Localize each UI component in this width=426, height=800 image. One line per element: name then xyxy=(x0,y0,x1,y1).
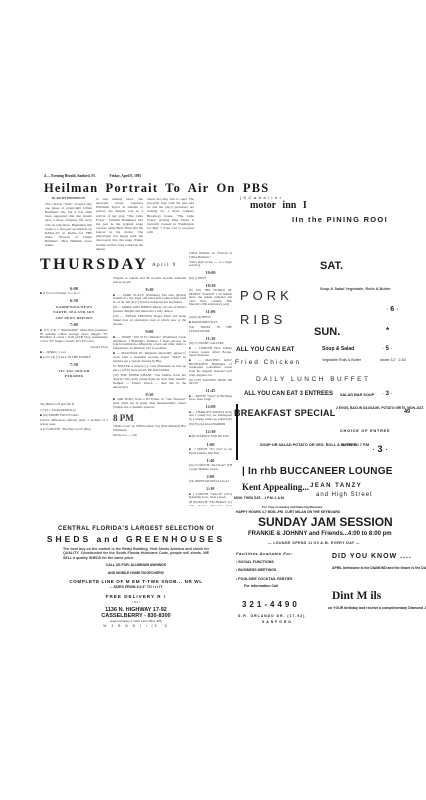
listing-entry: ■ (17) T/R 7 “Matchbifild” Mass-fleet pr… xyxy=(40,329,108,344)
listing-entry: “Phefe Cose” (a; WHrel editor; Say (Erle… xyxy=(113,425,186,433)
listing-time: 2:10 xyxy=(189,486,232,491)
listing-time: 1:00 xyxy=(189,442,232,447)
pork-label: PORK xyxy=(240,288,293,303)
listing-entry: ■ 1 T MOVIE “Santa B” (1971) Randolph Sc… xyxy=(189,493,232,500)
tv-listings-column-3: Lillian Heilman on “Portrait of Lillian … xyxy=(189,252,232,506)
listing-entry: York's high society — or a tragic search… xyxy=(189,261,232,268)
listing-entry: 8 PM xyxy=(113,413,186,423)
listing-entry: ■ — MASTERS GOLF HIGHLIGHTS Highlights o… xyxy=(189,359,232,377)
now-appearing-label: Kent Appealing... xyxy=(242,482,309,492)
happy-hours-line: HAPPY HOURS 4-7 MON.-FRI. CURT MILAN ON … xyxy=(236,510,340,514)
saturday-header: SAT. xyxy=(320,260,343,272)
sheds-ad-sizes-range: ... SIZES FROM 4'x'4" TO i r i IT xyxy=(40,585,232,589)
listing-entry: (8) (35) JAI ALAI HARBOR xyxy=(189,423,232,427)
article-byline: By RUTH THOMPSON xyxy=(45,197,92,201)
listing-entry: A (17) MOVIE “The Bay Loral” (Rte) xyxy=(40,428,108,432)
cavalier-brand: motor inn I xyxy=(250,200,307,211)
birthday-cocktail-offer: on YOUR birthday and receive a complimen… xyxy=(328,606,410,612)
listing-entry: ■ — MAGNUM, P.I. Magnum reluctantly agre… xyxy=(113,352,186,363)
buccaneer-lounge-header: | In rhb BUCCANEER LOUNGE xyxy=(242,466,393,477)
listing-entry: ■ — WKRP “100 SI For Hundro” (Premiere) … xyxy=(113,336,186,351)
listing-entry: • POOLSIDE COCKTAIL PARTIES xyxy=(236,576,328,583)
dining-room-header: IIn the PINING ROOI xyxy=(292,215,388,224)
listing-entry: (10) TODAY IN THE LEGISLATURE xyxy=(189,326,232,333)
listing-entry: EARTH, SEA AND SKY xyxy=(40,310,108,314)
listing-entry: CBS NEWS REPORT xyxy=(40,316,108,320)
listing-time: 10:30 xyxy=(189,283,232,288)
breakfast-special-header: BREAKFAST SPECIAL xyxy=(234,408,336,418)
dine-with-us-header: Dint M ils xyxy=(332,590,381,602)
ad-divider-bar xyxy=(236,404,238,460)
listing-entry: Wigans: A captain and 90 ex-pilot become… xyxy=(113,277,186,285)
listing-entry: So MILLER A truncat (,,( court Brusseum … xyxy=(113,365,186,373)
listing-entry: ■ (10) PRIME FOCUS Chris xyxy=(40,414,108,418)
april-birthstone-fact: APRIL birthstone is the DIAMOND and the … xyxy=(332,566,410,571)
listing-entry: (10) — SNEAK PREVIEW Roger Ebert and Gen… xyxy=(113,315,186,326)
cavalier-city: SANFORD xyxy=(262,620,293,624)
listing-entry: (6) (17) MOVIE “Red Stove” (TH 1) Quy Ma… xyxy=(189,464,232,471)
article-text: The t movie “Julia” covered only one pha… xyxy=(45,202,92,247)
listening-dancing-line: For Your Listening and Dancing Pleasure xyxy=(262,505,322,509)
listing-entry: Movie at a — 19a xyxy=(113,434,186,438)
masthead-publication: 4 — Evening Herald, Sanford, Fl. xyxy=(44,174,96,178)
listing-time: 8:30 xyxy=(113,287,186,292)
frankie-johnny-line: FRANKIE & JOHNNY and Friends...4:00 to 8… xyxy=(248,531,392,537)
listing-entry: Sun Ra Ti'cet xyxy=(40,345,108,349)
article-body: By RUTH THOMPSON The t movie “Julia” cov… xyxy=(45,197,195,251)
performer-jean-tanzy: JEAN TANZY xyxy=(310,483,362,489)
listing-entry: ■ (17) Local Sunset “a-o fa-o” xyxy=(40,292,108,296)
listing-entry: (6) (7) NEWS xyxy=(189,277,232,281)
listing-entry: ■ h.,N.! (4) (7) ALL IN THE FAMILY xyxy=(40,356,108,360)
listing-entry: ■ ROCKFORD FILES xyxy=(189,321,232,325)
for-information-call: For Information Call xyxy=(244,584,278,588)
listing-time: 11:00 xyxy=(189,309,232,314)
listing-entry: PYRAMID xyxy=(40,374,108,378)
sunday-jam-session-header: SUNDAY JAM SESSION xyxy=(258,515,393,529)
listing-entry: Lucie's differences inherity push; a pro… xyxy=(40,419,108,427)
listing-entry: (10) THE PAPER CHASE “The Idelfan from h… xyxy=(113,374,186,389)
listing-entry: ■ TAR Bobby from a DJ Elaine in “cele Sh… xyxy=(113,398,186,409)
listing-entry: • SOCIAL FUNCTIONS xyxy=(236,559,328,566)
facilities-bullet-list: • SOCIAL FUNCTIONS• BUSINESS MEETINGS• P… xyxy=(236,559,328,584)
pork-ribs-price: 6 xyxy=(386,306,398,313)
soup-salad-label: Soup & Salad xyxy=(322,346,354,352)
article-column-3: where her play was to open. The powerful… xyxy=(147,197,194,251)
fried-chicken-label: Fried Chicken xyxy=(235,359,301,366)
listing-entry: (B (8) MOVIE “The Buddies” (C) (7T) Dori… xyxy=(189,501,232,506)
sheds-ad-sizes-line: COMPLETE LINE OF M EM T-TWK SNOB... NR W… xyxy=(40,579,232,584)
saturday-sides: Soup & Salad Vegetable, Rolls & Butter xyxy=(320,286,391,292)
dinner-price: 3 xyxy=(372,444,388,454)
listing-entry: a 7/)/T/- Thank/ODIN.K ju xyxy=(40,409,108,413)
lounge-hours: MON. THRU SAT. - 1 P.M.-1 A.M. xyxy=(234,496,285,500)
article-text: to stop making news. She endorsed movie … xyxy=(96,197,143,251)
sheds-ad-call-line-2: AND MOBILE HOME ROOFOVERS! xyxy=(40,571,232,575)
performer-high-street: and High Street xyxy=(316,492,373,498)
listing-time: 2:00 xyxy=(189,474,232,479)
listing-entry: ■ .7 MOVIE “Pol Jose” (a m) Peold Glunet… xyxy=(189,448,232,455)
listing-time: 11:30 xyxy=(189,336,232,341)
dinner-hours: 3 P.M. TO 7 P.M xyxy=(342,442,369,448)
article-column-2: to stop making news. She endorsed movie … xyxy=(96,197,143,251)
fried-chicken-sides: Vegetable Rolls & Butter xyxy=(322,358,361,363)
dinner-choice-of-entree: CHOICE OF ENTREE xyxy=(340,428,390,434)
article-headline: Heilman Portrait To Air On PBS xyxy=(44,181,259,196)
sheds-ad-header: CENTRAL FLORIDA'S LARGEST SELECTION Of xyxy=(40,526,232,532)
facilities-header: Facilities Available For: xyxy=(236,551,293,556)
listing-entry: (4) (6) (9) NEWS xyxy=(189,316,232,320)
sheds-ad-title: SHEDS and GREENHOUSES xyxy=(40,534,232,544)
sheds-ad-fine-print: i S it i xyxy=(40,600,232,604)
listing-time: 12:00 xyxy=(189,404,232,409)
cavalier-motor-inn-ad: jSCadalier motor inn I IIn the PINING RO… xyxy=(234,194,426,624)
tv-listings-column-2: Wigans: A captain and 90 ex-pilot become… xyxy=(113,277,186,499)
listing-time: 12:30 xyxy=(189,429,232,434)
buffet-salad-bar: SALAD BAR SOUP xyxy=(340,392,374,398)
listing-entry: • BUSINESS MEETINGS xyxy=(236,567,328,574)
listing-time: 6:30 xyxy=(40,298,108,303)
listing-entry xyxy=(40,380,108,402)
listing-entry: Say Hillcox elf pub file in xyxy=(40,403,108,407)
sheds-ad-call-line-1: CALL US FOR: ALUMINUM AWNINGS xyxy=(40,563,232,567)
listing-entry: (8) CITY WANTED: DEAD OR ALIVE xyxy=(189,379,232,386)
listing-entry: ■ — MOVIE “Salut” (C/B) Diana Dors, Jane… xyxy=(189,395,232,402)
listing-entry: ■ (8) STARSKY AND HUTCH xyxy=(189,435,232,439)
listing-time: 7:30 xyxy=(40,362,108,367)
sunday-header: SUN. xyxy=(314,326,340,338)
listings-date: April 9 xyxy=(152,263,177,268)
listing-entry: TIC TAC DOUGH xyxy=(40,369,108,373)
sunday-star: * xyxy=(386,326,389,335)
buffet-all-you-can-eat: ALL YOU CAN EAT 3 ENTREES xyxy=(244,390,333,398)
lounge-opens-line: — LOUNGE OPENS 11:00 A.M. EVERY DAY — xyxy=(268,541,360,545)
masthead: 4 — Evening Herald, Sanford, Fl. Friday,… xyxy=(44,174,230,178)
article-column-1: By RUTH THOMPSON The t movie “Julia” cov… xyxy=(45,197,92,251)
breakfast-price: 49 xyxy=(404,409,410,415)
listings-day-heading: THURSDAY xyxy=(40,256,148,274)
listing-time: 6:00 xyxy=(40,286,108,291)
breakfast-items: 2 EGGS, BACON SAUSAGE, POTATO GRITS, MON… xyxy=(336,406,424,411)
listing-entry: (8) — MORK AND MINDY Mindy out one of Mo… xyxy=(113,306,186,314)
cavalier-address: S.R. ORLANDO DR. (17-92) xyxy=(238,614,305,618)
listing-time: 7:00 xyxy=(40,322,108,327)
sheds-ad-body: The best buy on the market is the Rettyl… xyxy=(63,547,209,560)
daily-lunch-buffet-header: DAILY LUNCH BUFFET xyxy=(256,376,370,383)
listing-entry: ■ — QB&cC o a ra xyxy=(40,351,108,355)
listing-entry: (8) (17) NIGHT GALLERY xyxy=(189,342,232,346)
sunday-price: 5 xyxy=(382,346,393,352)
sheds-ad-directions: (Approximately 2 miles east Office 436) xyxy=(40,619,232,623)
newspaper-page-scan: 4 — Evening Herald, Sanford, Fl. Friday,… xyxy=(0,0,426,800)
listing-entry: (10) ORIENTATION/JAI ALAI xyxy=(189,480,232,484)
listing-entry: ■ — PARK PLACE (Premiere) The best (Davi… xyxy=(113,294,186,305)
sheds-ad-footer: W 3 B B B ) i (E 'S xyxy=(40,624,232,628)
tv-listings-column-1: 6:00■ (17) Local Sunset “a-o fa-o”6:30GA… xyxy=(40,283,108,493)
listing-time: 1:40 xyxy=(189,458,232,463)
did-you-know-header: DID YOU KNOW .... xyxy=(332,553,412,560)
article-text: where her play was to open. The powerful… xyxy=(147,197,194,234)
sheds-greenhouses-ad: CENTRAL FLORIDA'S LARGEST SELECTION Of S… xyxy=(40,526,232,628)
listing-entry: ■ — TONIGHT Host: Johnny Carson; Guests:… xyxy=(189,347,232,358)
masthead-date: Friday, April 8, 1981 xyxy=(110,174,142,178)
all-you-can-eat-label: ALL YOU CAN EAT xyxy=(236,346,295,353)
listing-time: 11:45 xyxy=(189,388,232,393)
listing-entry: (8) (35) THE WORLD OF PEOPLE “Tonench” a… xyxy=(189,289,232,307)
listing-entry: GARDENING/NEWS xyxy=(40,305,108,309)
listing-entry: Lillian Heilman on “Portrait of Lillian … xyxy=(189,252,232,259)
listing-entry: ■ — CHARLIE'S ANGELS Kelly and a young b… xyxy=(189,411,232,422)
cavalier-phone-number: 321-4490 xyxy=(242,600,300,609)
listing-time: 10:00 xyxy=(189,270,232,275)
ribs-label: RIBS xyxy=(240,312,286,327)
fried-chicken-kids-price: under 12 · 2.40 xyxy=(380,358,406,364)
listing-time: 9:00 xyxy=(113,329,186,334)
buffet-price: 3 xyxy=(382,391,393,397)
sheds-ad-free-delivery: FREE DELIVERY R ! xyxy=(40,594,232,599)
